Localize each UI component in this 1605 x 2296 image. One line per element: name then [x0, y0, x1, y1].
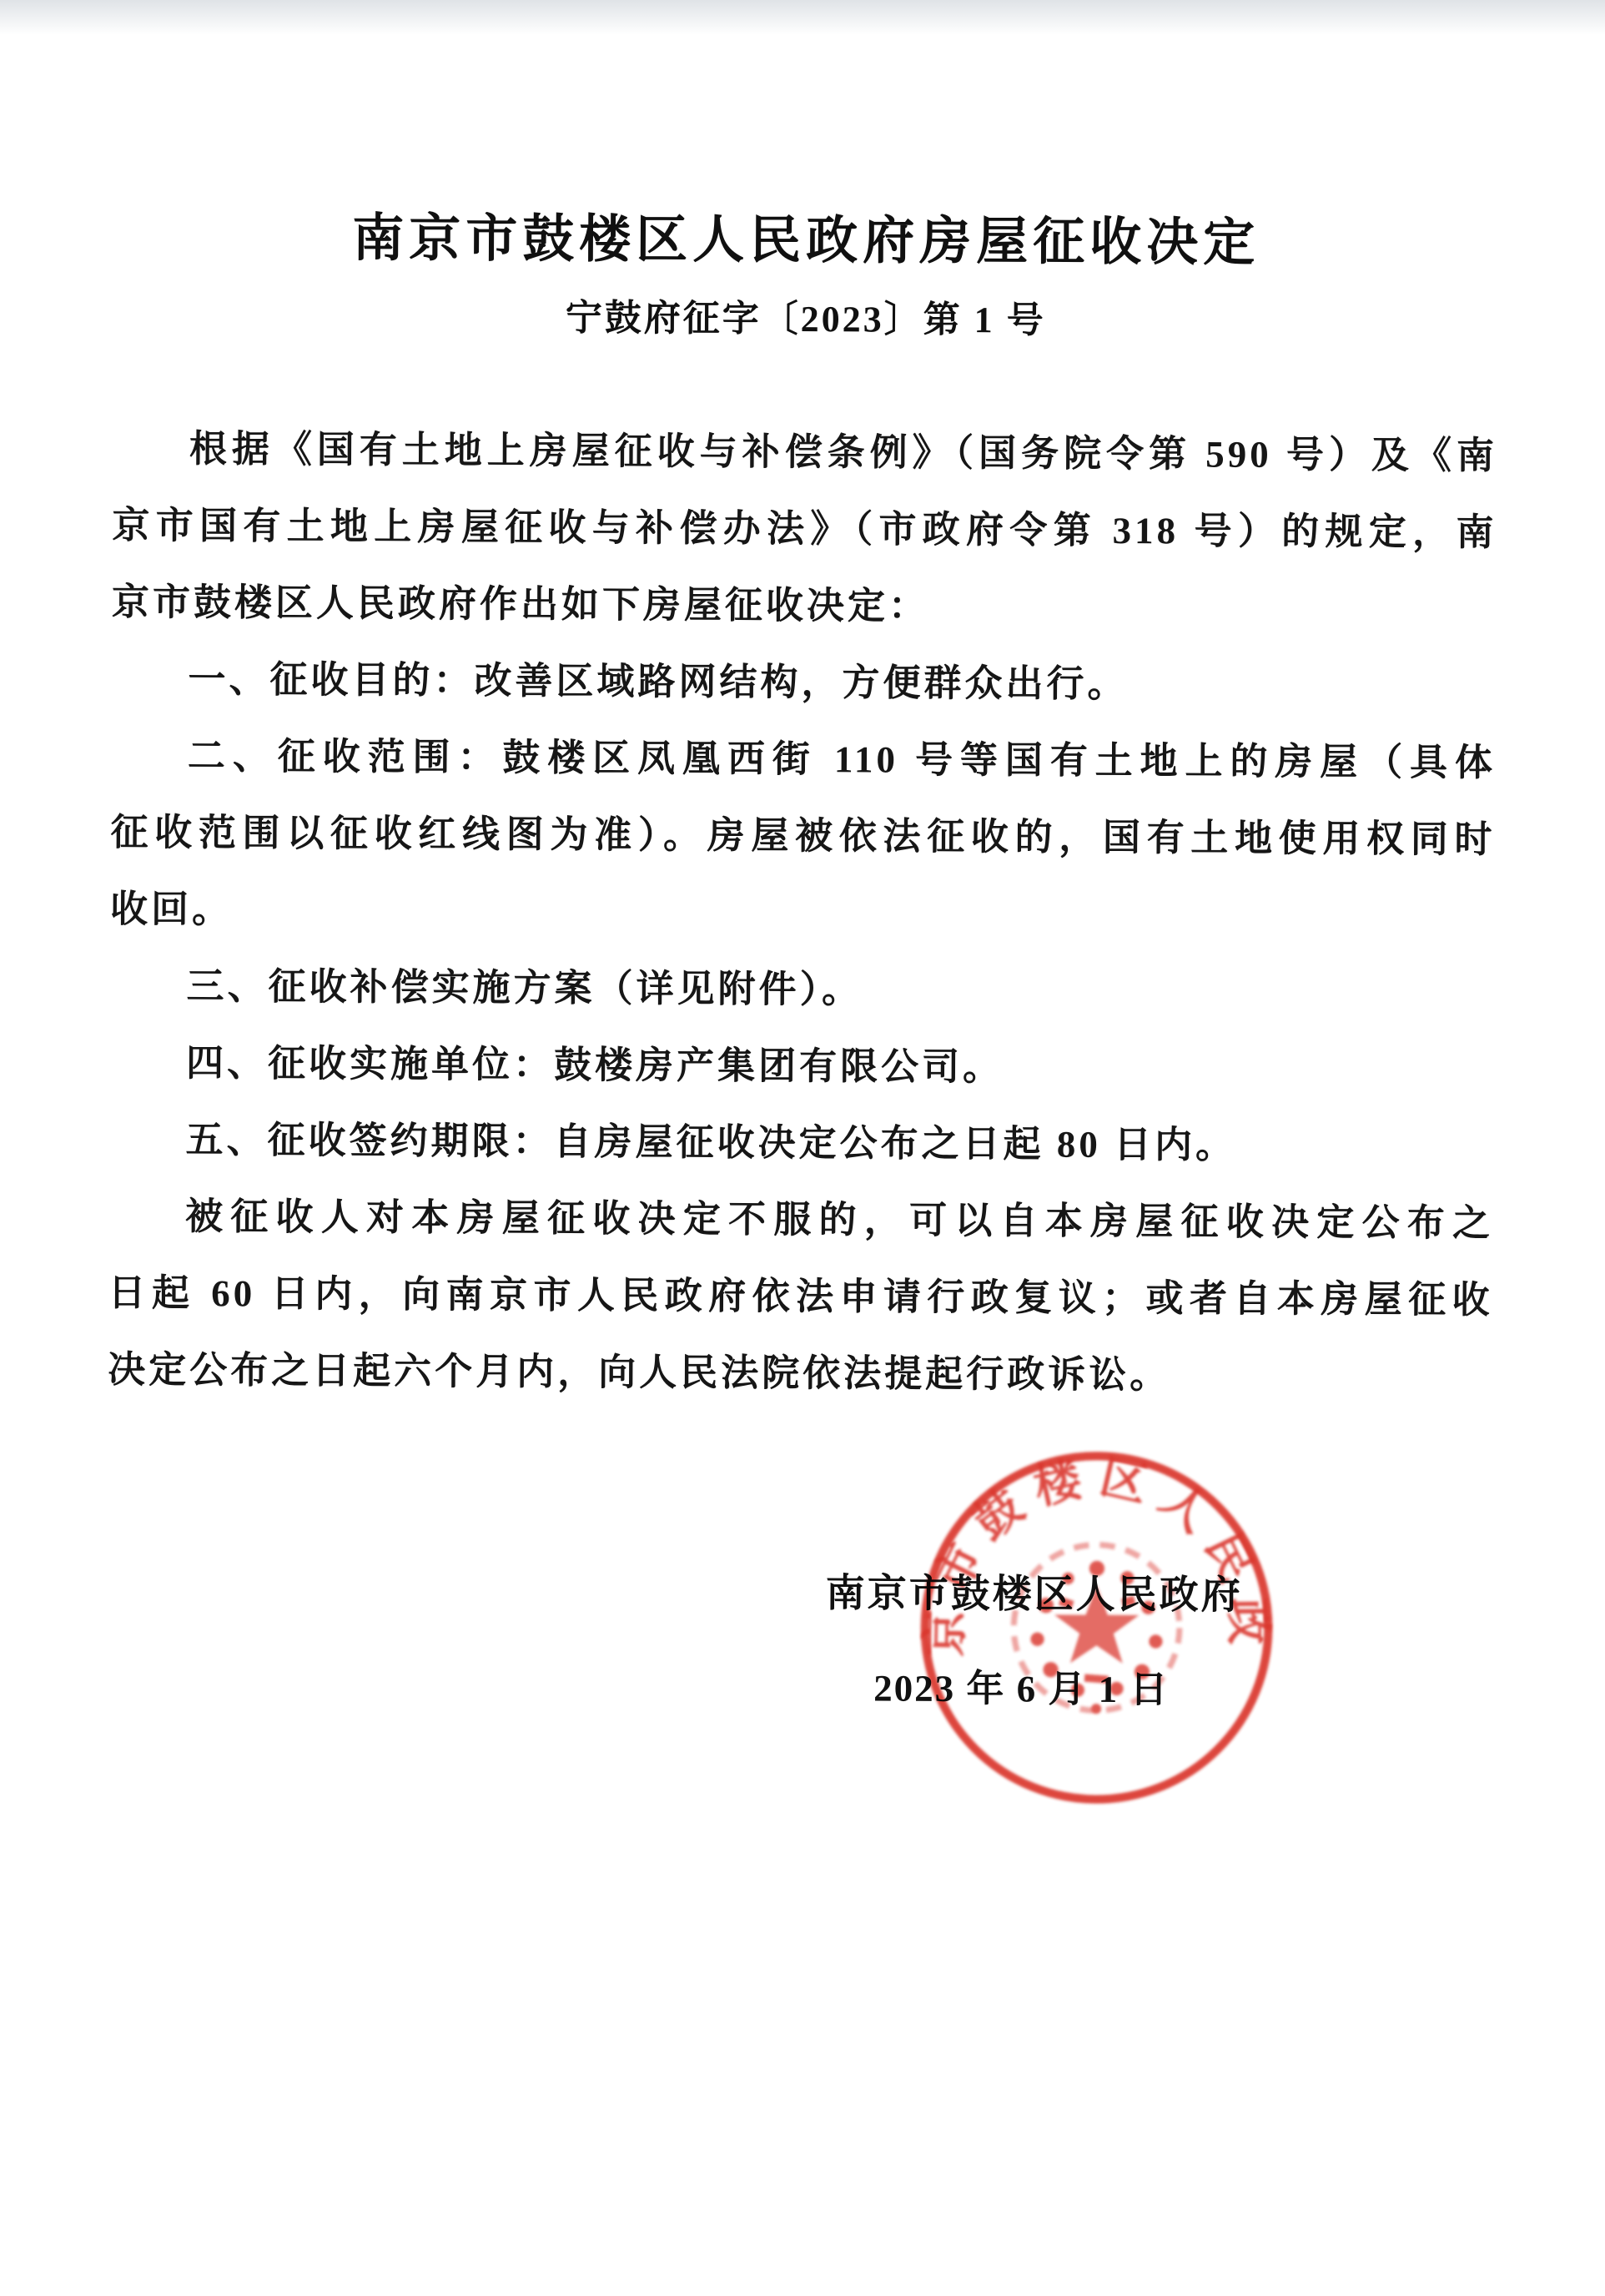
- document-number: 宁鼓府征字〔2023〕第 1 号: [3, 291, 1605, 348]
- body-line: 五、征收签约期限：自房屋征收决定公布之日起 80 日内。: [108, 1101, 1493, 1186]
- body-line: 收回。: [110, 871, 1495, 955]
- body-line: 二、征收范围：鼓楼区凤凰西街 110 号等国有土地上的房屋（具体: [111, 717, 1496, 802]
- body-line: 根据《国有土地上房屋征收与补偿条例》（国务院令第 590 号）及《南: [113, 410, 1497, 495]
- body-line: 被征收人对本房屋征收决定不服的，可以自本房屋征收决定公布之: [108, 1178, 1493, 1262]
- document-body: 根据《国有土地上房屋征收与补偿条例》（国务院令第 590 号）及《南 京市国有土…: [108, 410, 1497, 1416]
- scanned-document-page: 南京市鼓楼区人民政府房屋征收决定 宁鼓府征字〔2023〕第 1 号 根据《国有土…: [0, 0, 1605, 2296]
- body-line: 日起 60 日内，向南京市人民政府依法申请行政复议；或者自本房屋征收: [108, 1255, 1492, 1339]
- official-seal-stamp: 南京市鼓楼区人民政府: [909, 1438, 1283, 1815]
- body-line: 京市鼓楼区人民政府作出如下房屋征收决定：: [112, 564, 1497, 648]
- body-line: 三、征收补偿实施方案（详见附件）。: [109, 948, 1494, 1032]
- body-line: 京市国有土地上房屋征收与补偿办法》（市政府令第 318 号）的规定，南: [112, 487, 1497, 571]
- document-content: 南京市鼓楼区人民政府房屋征收决定 宁鼓府征字〔2023〕第 1 号 根据《国有土…: [0, 0, 1605, 2296]
- body-line: 决定公布之日起六个月内，向人民法院依法提起行政诉讼。: [108, 1332, 1492, 1416]
- national-emblem-pattern: [1014, 1544, 1180, 1714]
- document-title: 南京市鼓楼区人民政府房屋征收决定: [3, 0, 1605, 278]
- body-line: 征收范围以征收红线图为准）。房屋被依法征收的，国有土地使用权同时: [110, 794, 1495, 879]
- body-line: 四、征收实施单位：鼓楼房产集团有限公司。: [109, 1025, 1494, 1109]
- body-line: 一、征收目的：改善区域路网结构，方便群众出行。: [111, 641, 1496, 725]
